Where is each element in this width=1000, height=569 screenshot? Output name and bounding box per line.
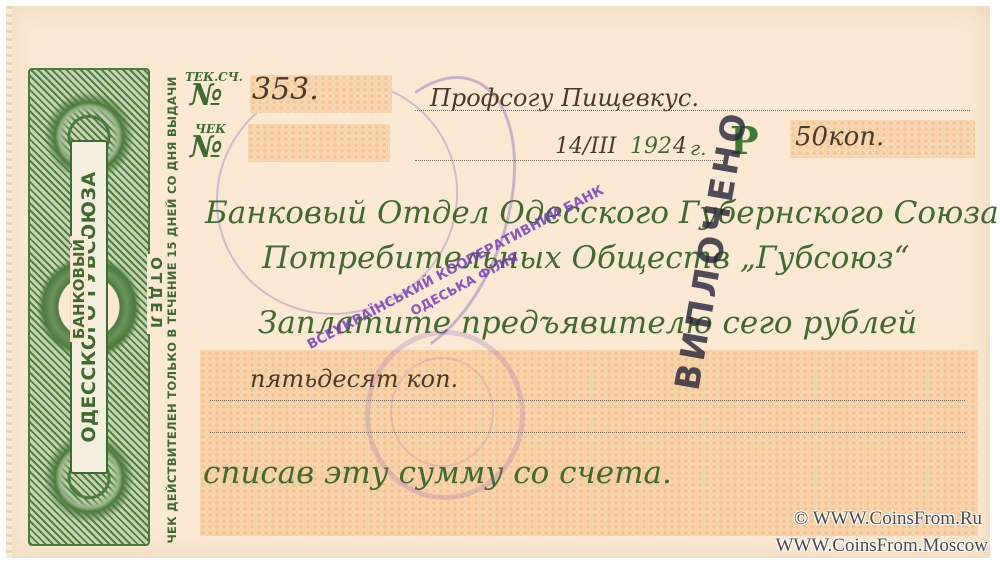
- strip-arc-bottom: ОТДЕЛ: [147, 254, 165, 334]
- round-bank-stamp: [365, 330, 525, 500]
- validity-note: ЧЕК ДЕЙСТВИТЕЛЕН ТОЛЬКО В ТЕЧЕНИЕ 15 ДНЕ…: [165, 76, 179, 543]
- round-stamp-inner-ring: [390, 357, 494, 467]
- payee-handwritten: Профсогу Пищевкус.: [430, 84, 699, 112]
- watermark-line-1: © WWW.CoinsFrom.Ru: [794, 508, 982, 530]
- amount-value: 50коп.: [795, 122, 884, 152]
- watermark-line-2: WWW.CoinsFrom.Moscow: [775, 535, 988, 557]
- date-line: [415, 160, 725, 161]
- date-year-suffix: г.: [690, 136, 706, 160]
- amount-words-line-1: [210, 400, 965, 401]
- date-day-month: 14/III: [555, 134, 616, 159]
- printed-line-societies: Потребительных Обществ „Губсоюз“: [262, 240, 909, 276]
- strip-arc-top: БАНКОВЫЙ: [70, 236, 88, 342]
- date-year-handwritten: 4: [673, 134, 687, 159]
- perforated-edge: [6, 6, 12, 558]
- ornamental-side-strip: ОДЕССКОГО ГУБСОЮЗА БАНКОВЫЙ ОТДЕЛ: [28, 68, 150, 546]
- amount-words-line-2: [210, 432, 965, 433]
- account-number: 353.: [252, 72, 319, 107]
- payee-line: [415, 110, 970, 111]
- cheque-no-sign: №: [190, 130, 223, 165]
- date-year-printed: 192: [630, 134, 672, 159]
- cheque-number-box: [248, 124, 390, 162]
- account-no-sign: №: [190, 78, 223, 113]
